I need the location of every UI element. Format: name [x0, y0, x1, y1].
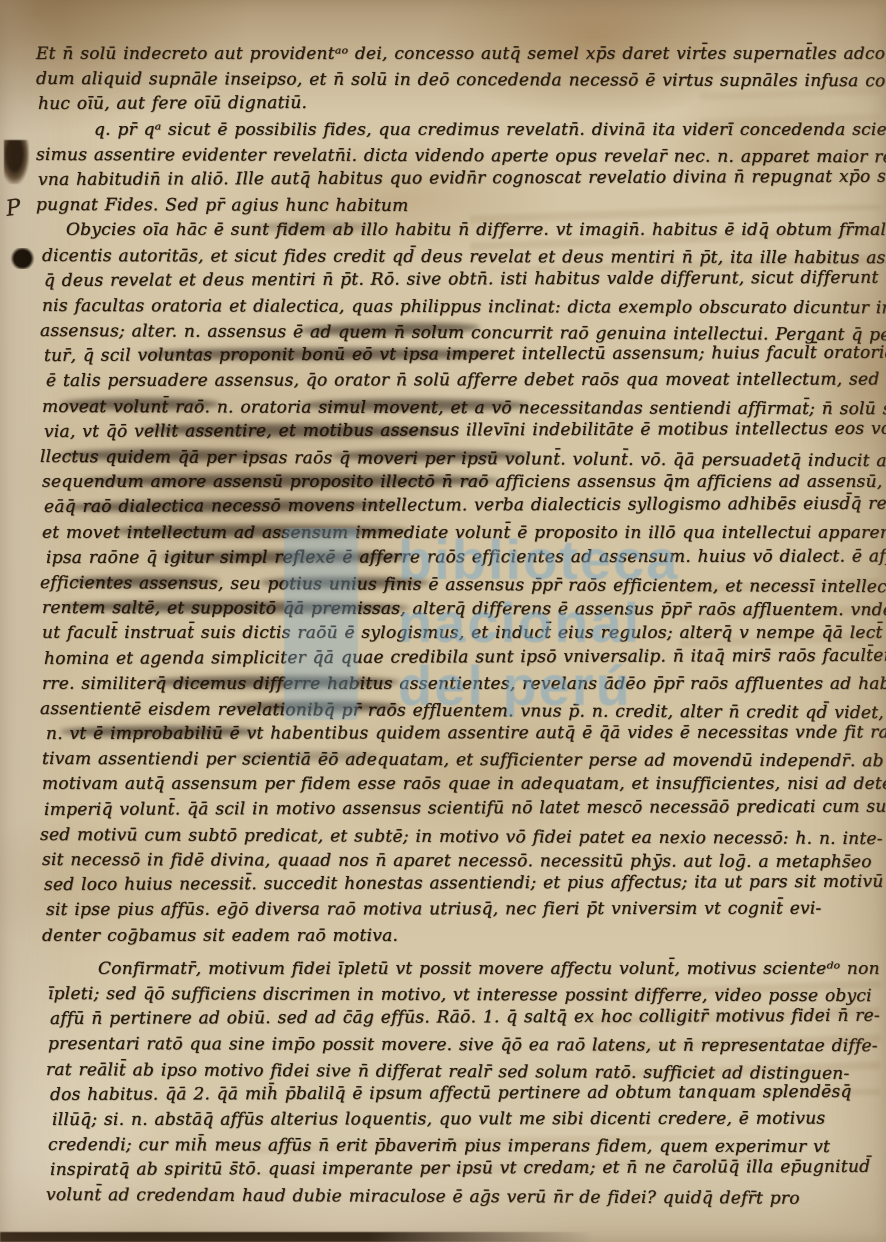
ink-smear	[80, 474, 500, 487]
manuscript-line: huc oīū, aut fere oīū dignatiū.	[38, 89, 874, 117]
ink-blot	[10, 248, 35, 269]
ink-smear	[60, 398, 220, 410]
manuscript-line: denter coḡbamus sit eadem raō motiva.	[42, 924, 872, 949]
ink-smear	[230, 751, 380, 761]
manuscript-line: imperiq̄ volunt̄. q̄ā scil in motivo ass…	[44, 794, 874, 822]
manuscript-line: homina et agenda simpliciter q̄ā quae cr…	[44, 643, 874, 671]
manuscript-line: pugnat Fides. Sed pr̄ agius hunc habitum	[36, 193, 872, 220]
ink-smear	[260, 577, 430, 588]
manuscript-line: presentari ratō qua sine imp̄o possit mo…	[48, 1032, 872, 1059]
paragraph: Et n̄ solū indecreto aut providentᵃᵒ dei…	[36, 42, 872, 118]
manuscript-line: affū n̄ pertinere ad obiū. sed ad c̄āg e…	[50, 1004, 874, 1032]
manuscript-line: Obycies oīa hāc ē sunt fidem ab illo hab…	[42, 218, 872, 243]
manuscript-line: dos habitus. q̄ā 2. q̄ā mih̄ p̄balilq̄ ē…	[50, 1080, 874, 1108]
paragraph: Confirmatr̄, motivum fidei īpletū vt pos…	[36, 957, 872, 1209]
ink-smear	[110, 525, 410, 537]
ink-smear	[150, 676, 400, 688]
manuscript-line: q̄ deus revelat et deus mentiri n̄ p̄t. …	[44, 265, 874, 293]
ink-smear	[70, 576, 220, 587]
ink-smear	[300, 399, 530, 411]
manuscript-line: Confirmatr̄, motivum fidei īpletū vt pos…	[48, 957, 872, 982]
manuscript-line: inspiratq̄ ab spiritū s̄tō. quasi impera…	[50, 1155, 874, 1183]
manuscript-page: Et n̄ solū indecreto aut providentᵃᵒ dei…	[0, 0, 886, 1242]
ink-smear	[330, 450, 530, 461]
scan-edge-strip	[0, 1232, 594, 1242]
manuscript-line: illūq̄; si. n. abstāq̄ affūs alterius lo…	[52, 1106, 876, 1133]
manuscript-line: sit ipse pius affūs. eḡō diversa raō mot…	[46, 897, 876, 924]
manuscript-text: Et n̄ solū indecreto aut providentᵃᵒ dei…	[36, 42, 872, 1209]
paragraph: q. pr̄ qᵃ sicut ē possibilis fides, qua …	[36, 118, 872, 219]
ink-smear	[60, 726, 260, 737]
manuscript-line: q. pr̄ qᵃ sicut ē possibilis fides, qua …	[36, 118, 872, 143]
manuscript-line: vna habitudin̄ in aliō. Ille autq̄ habit…	[38, 165, 874, 193]
manuscript-line: sed loco huius necessit̄. succedit hones…	[44, 870, 874, 898]
ink-smear	[230, 701, 400, 712]
margin-paragraph-mark: P	[4, 195, 22, 222]
ink-smear	[140, 348, 500, 360]
manuscript-line: ut facult̄ instruat̄ suis dictis raōū ē …	[42, 621, 872, 646]
manuscript-line: volunt̄ ad credendam haud dubie miraculo…	[46, 1183, 870, 1212]
manuscript-line: nis facultas oratoria et dialectica, qua…	[42, 294, 872, 321]
manuscript-line: tivam assentiendi per scientiā ēō adequa…	[42, 747, 872, 774]
ink-smear	[250, 222, 370, 232]
manuscript-line: motivam autq̄ assensum per fidem esse ra…	[42, 772, 872, 797]
manuscript-line: ē talis persuadere assensus, q̄o orator …	[46, 368, 876, 395]
ink-smear	[160, 551, 410, 563]
ink-smear	[60, 449, 280, 461]
manuscript-line: Et n̄ solū indecreto aut providentᵃᵒ dei…	[36, 42, 872, 67]
ink-blot	[4, 140, 29, 184]
